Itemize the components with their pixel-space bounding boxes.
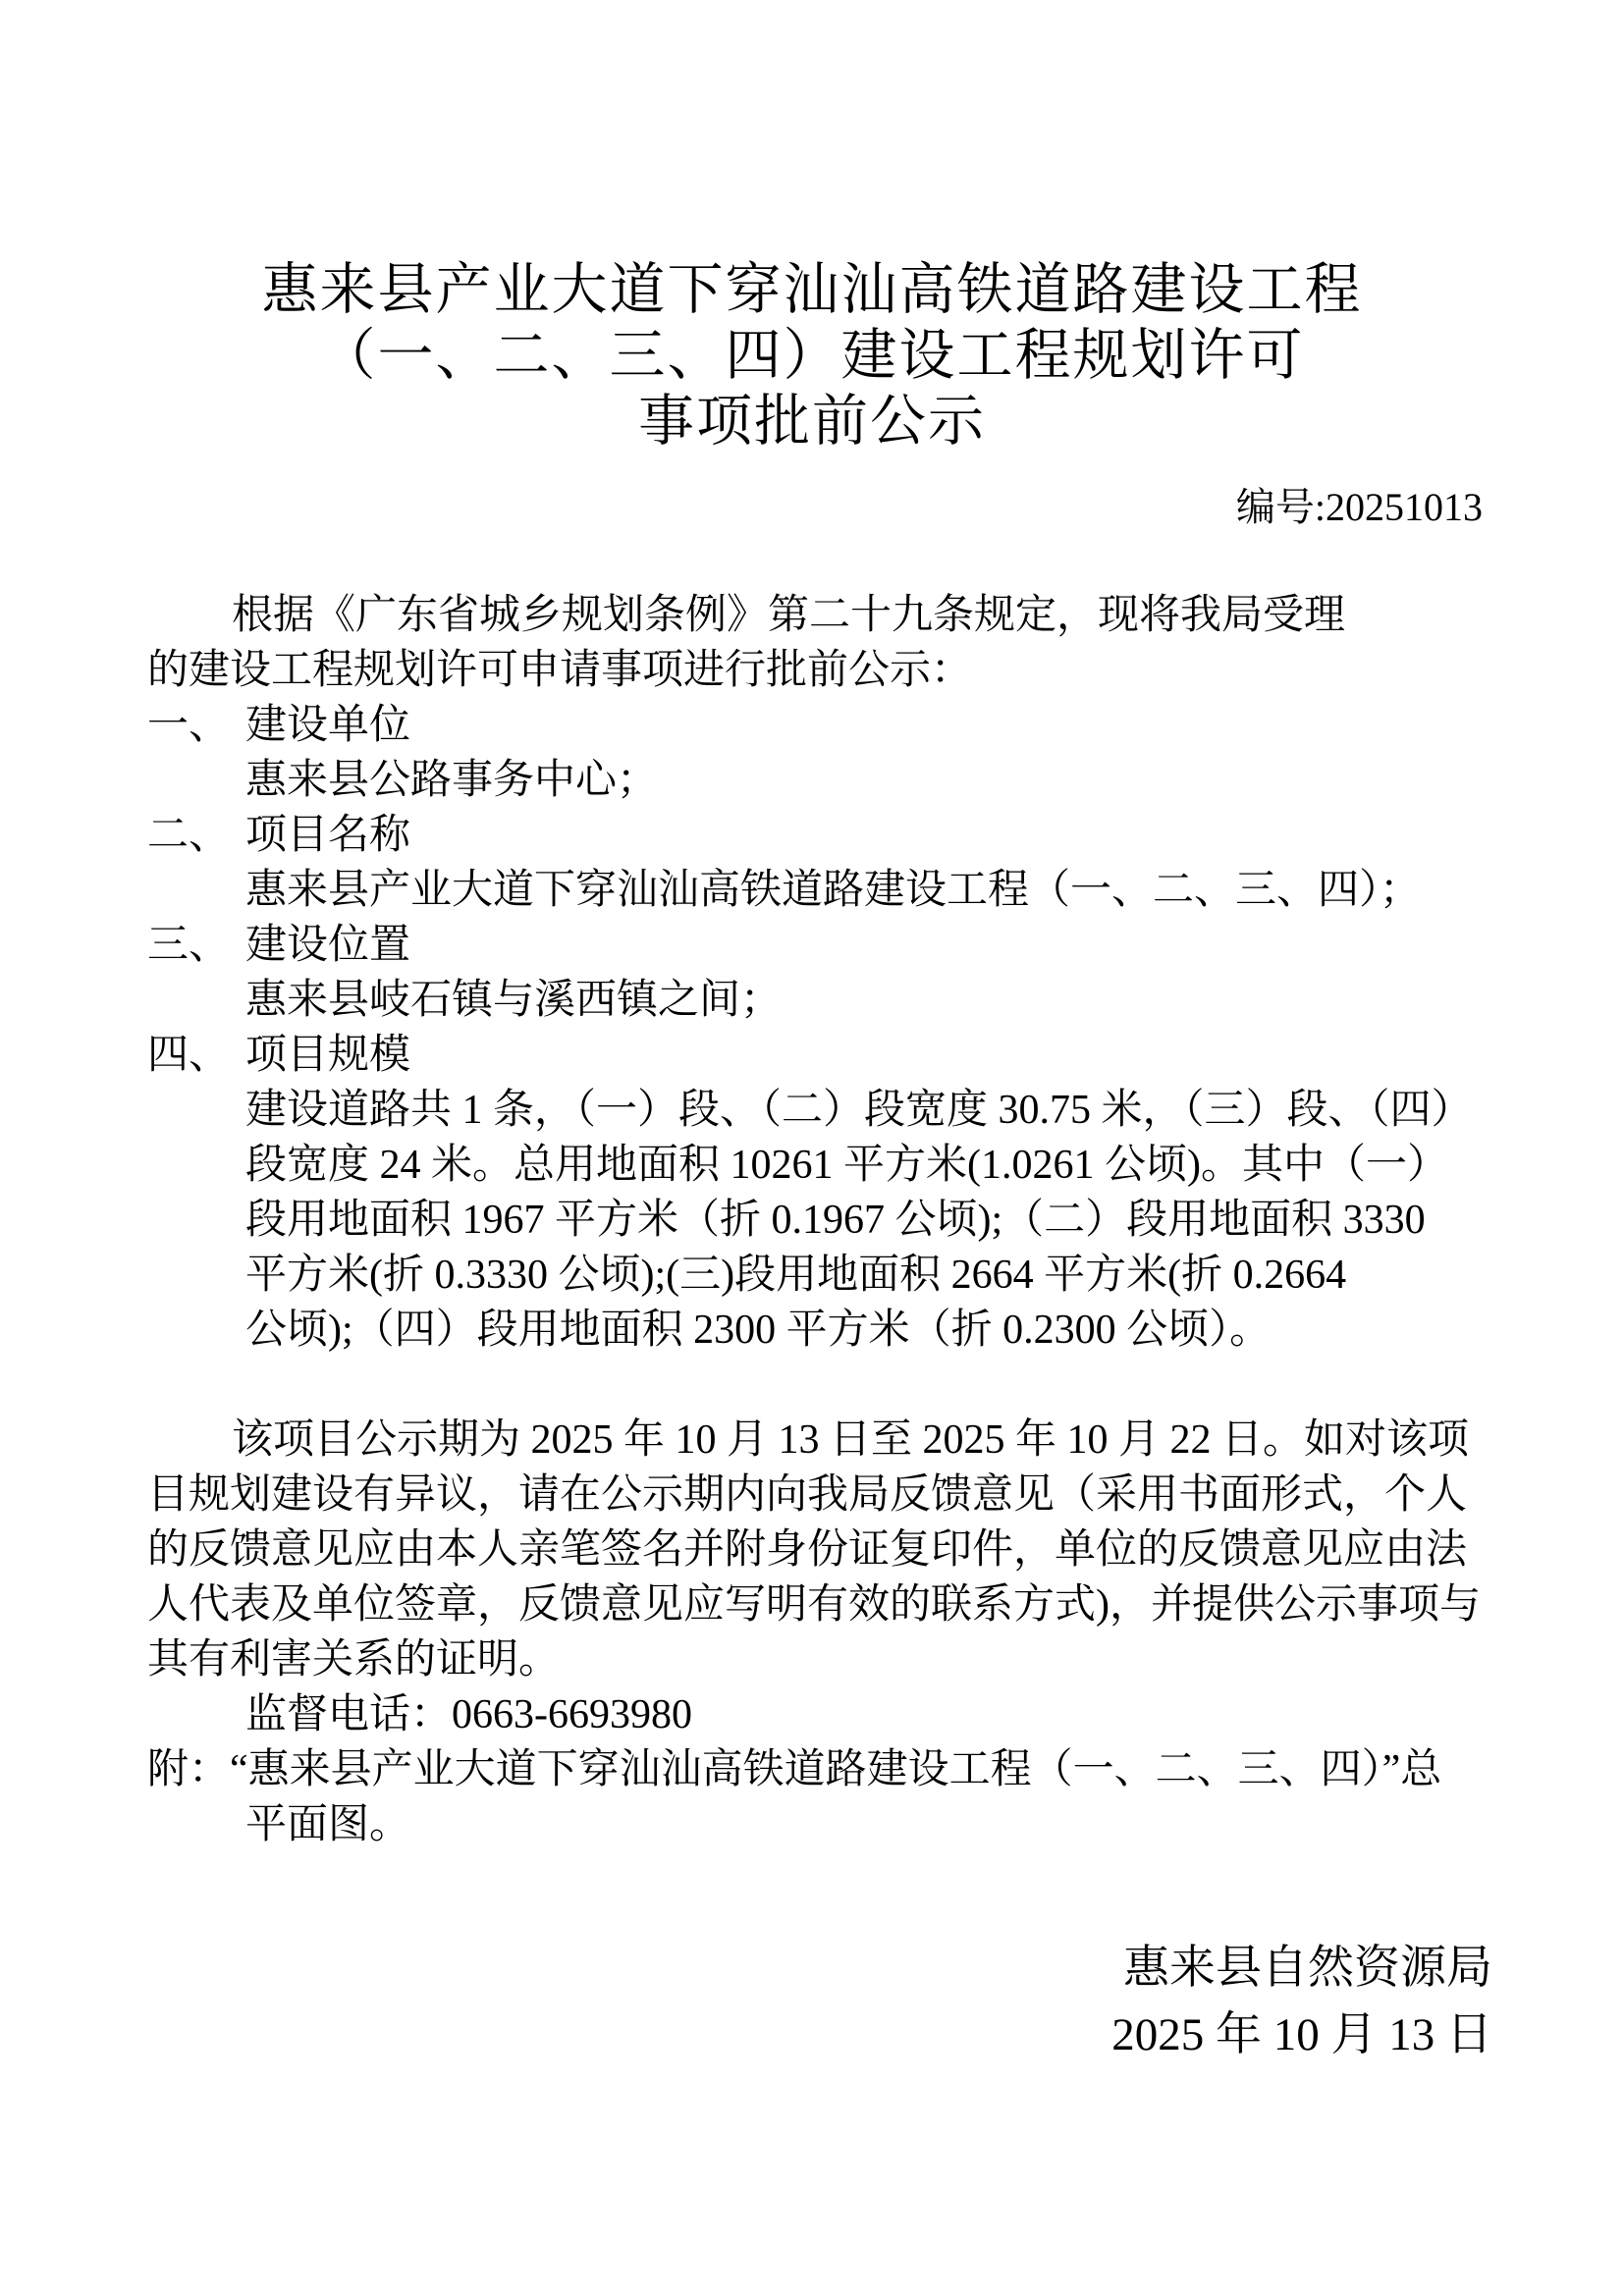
text-line: 的反馈意见应由本人亲笔签名并附身份证复印件，单位的反馈意见应由法 bbox=[0, 1522, 1624, 1577]
text-line: 监督电话：0663-6693980 bbox=[0, 1687, 1624, 1742]
list-item-line: 三、建设位置 bbox=[0, 918, 1624, 973]
text-line: 的建设工程规划许可申请事项进行批前公示： bbox=[0, 643, 1624, 698]
doc-number: 编号:20251013 bbox=[0, 486, 1624, 529]
document-title-line-3: 事项批前公示 bbox=[0, 389, 1624, 454]
signature-organization: 惠来县自然资源局 bbox=[0, 1935, 1492, 2002]
text-line: 附：“惠来县产业大道下穿汕汕高铁道路建设工程（一、二、三、四）”总 bbox=[0, 1742, 1624, 1797]
text-line: 惠来县岐石镇与溪西镇之间； bbox=[0, 973, 1624, 1028]
signature-date: 2025 年 10 月 13 日 bbox=[0, 2002, 1492, 2068]
list-item-label: 项目规模 bbox=[245, 1033, 410, 1078]
text-line: 该项目公示期为 2025 年 10 月 13 日至 2025 年 10 月 22… bbox=[0, 1413, 1624, 1468]
text-line: 段用地面积 1967 平方米（折 0.1967 公顷);（二）段用地面积 333… bbox=[0, 1193, 1624, 1248]
list-item-line: 一、建设单位 bbox=[0, 698, 1624, 753]
text-line: 惠来县公路事务中心； bbox=[0, 753, 1624, 808]
text-line: 根据《广东省城乡规划条例》第二十九条规定，现将我局受理 bbox=[0, 588, 1624, 643]
text-line: 惠来县产业大道下穿汕汕高铁道路建设工程（一、二、三、四）； bbox=[0, 863, 1624, 918]
list-item-line: 四、项目规模 bbox=[0, 1028, 1624, 1083]
document-title-line-1: 惠来县产业大道下穿汕汕高铁道路建设工程 bbox=[0, 257, 1624, 323]
list-item-number: 三、 bbox=[147, 918, 245, 973]
notice-body: 根据《广东省城乡规划条例》第二十九条规定，现将我局受理的建设工程规划许可申请事项… bbox=[0, 588, 1624, 1852]
text-line: 公顷);（四）段用地面积 2300 平方米（折 0.2300 公顷）。 bbox=[0, 1303, 1624, 1358]
list-item-number: 一、 bbox=[147, 698, 245, 753]
text-line: 建设道路共 1 条，（一）段、（二）段宽度 30.75 米，（三）段、（四） bbox=[0, 1083, 1624, 1138]
signature-block: 惠来县自然资源局 2025 年 10 月 13 日 bbox=[0, 1935, 1624, 2068]
text-line: 人代表及单位签章，反馈意见应写明有效的联系方式)，并提供公示事项与 bbox=[0, 1577, 1624, 1632]
list-item-label: 项目名称 bbox=[245, 813, 410, 858]
text-line: 平方米(折 0.3330 公顷);(三)段用地面积 2664 平方米(折 0.2… bbox=[0, 1248, 1624, 1303]
document-title: 惠来县产业大道下穿汕汕高铁道路建设工程 （一、二、三、四）建设工程规划许可 事项… bbox=[0, 0, 1624, 454]
list-item-label: 建设位置 bbox=[245, 923, 410, 968]
text-line: 平面图。 bbox=[0, 1797, 1624, 1852]
list-item-line: 二、项目名称 bbox=[0, 808, 1624, 863]
list-item-number: 四、 bbox=[147, 1028, 245, 1083]
text-line: 段宽度 24 米。总用地面积 10261 平方米(1.0261 公顷)。其中（一… bbox=[0, 1138, 1624, 1193]
document-title-line-2: （一、二、三、四）建设工程规划许可 bbox=[0, 323, 1624, 389]
list-item-number: 二、 bbox=[147, 808, 245, 863]
notice-document-page: 惠来县产业大道下穿汕汕高铁道路建设工程 （一、二、三、四）建设工程规划许可 事项… bbox=[0, 0, 1624, 2296]
blank-line bbox=[0, 1358, 1624, 1413]
text-line: 目规划建设有异议，请在公示期内向我局反馈意见（采用书面形式，个人 bbox=[0, 1468, 1624, 1522]
list-item-label: 建设单位 bbox=[245, 703, 410, 748]
text-line: 其有利害关系的证明。 bbox=[0, 1632, 1624, 1687]
